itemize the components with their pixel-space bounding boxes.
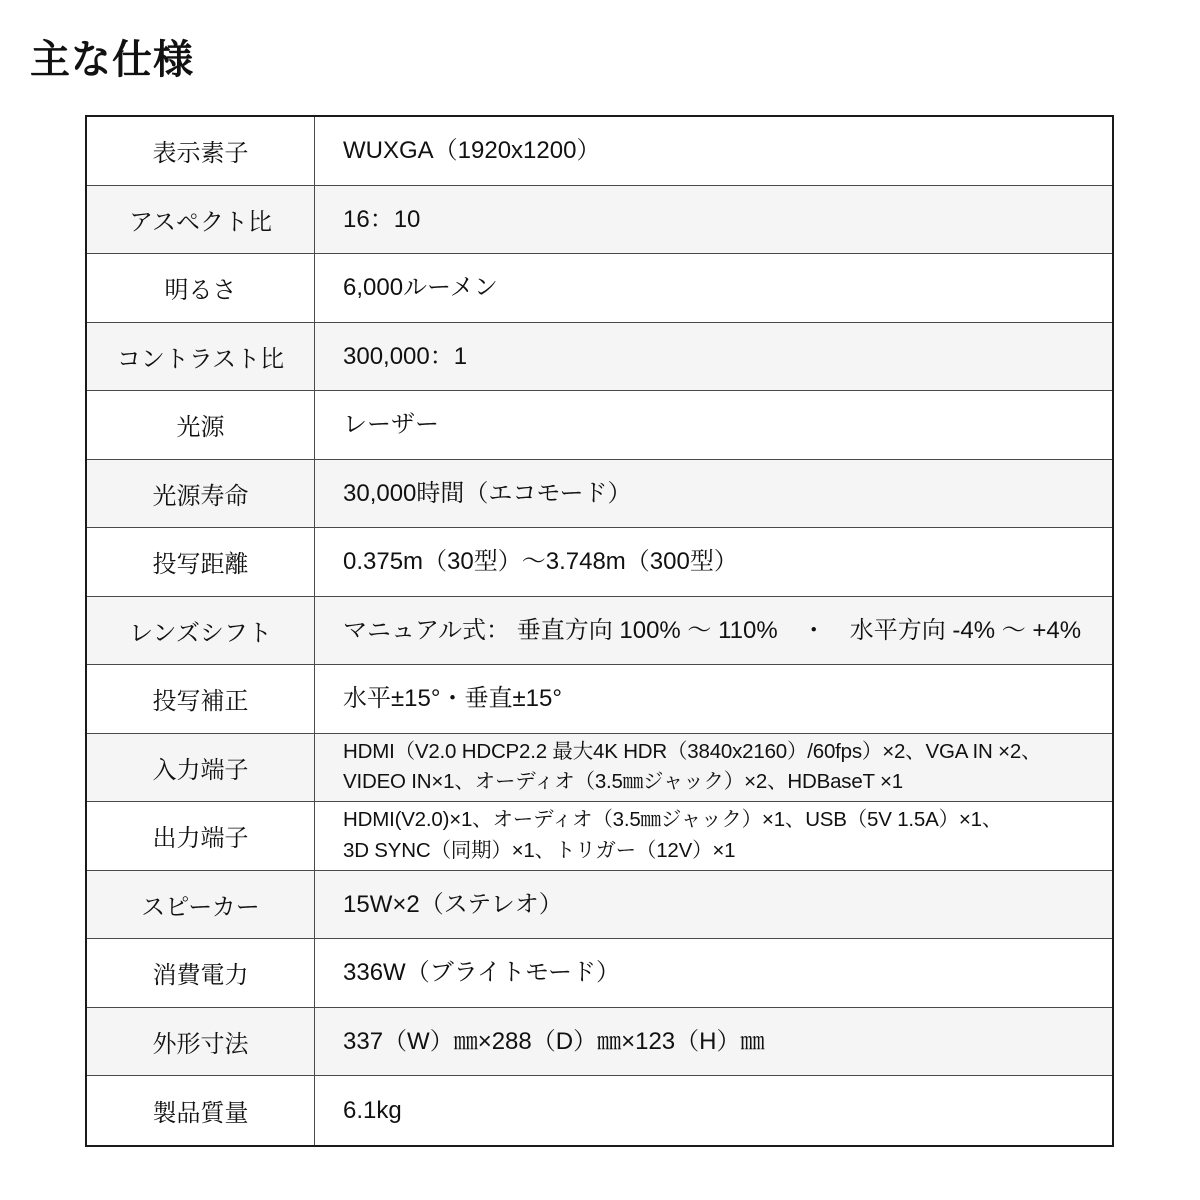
table-row-input-terminals: 入力端子 HDMI（V2.0 HDCP2.2 最大4K HDR（3840x216… — [87, 734, 1112, 803]
spec-value: 16：10 — [315, 186, 1112, 254]
spec-label: 消費電力 — [87, 939, 315, 1007]
table-row-aspect-ratio: アスペクト比 16：10 — [87, 186, 1112, 255]
table-row-weight: 製品質量 6.1kg — [87, 1076, 1112, 1145]
table-row-projection-distance: 投写距離 0.375m（30型）〜3.748m（300型） — [87, 528, 1112, 597]
table-row-output-terminals: 出力端子 HDMI(V2.0)×1、オーディオ（3.5㎜ジャック）×1、USB（… — [87, 802, 1112, 871]
spec-value: WUXGA（1920x1200） — [315, 117, 1112, 185]
spec-label: スピーカー — [87, 871, 315, 939]
spec-value: 336W（ブライトモード） — [315, 939, 1112, 1007]
table-row-speaker: スピーカー 15W×2（ステレオ） — [87, 871, 1112, 940]
spec-table: 表示素子 WUXGA（1920x1200） アスペクト比 16：10 明るさ 6… — [85, 115, 1114, 1147]
spec-value: 6.1kg — [315, 1076, 1112, 1145]
table-row-light-source: 光源 レーザー — [87, 391, 1112, 460]
spec-value: 6,000ルーメン — [315, 254, 1112, 322]
spec-label: 製品質量 — [87, 1076, 315, 1145]
spec-value: 水平±15°・垂直±15° — [315, 665, 1112, 733]
spec-value: レーザー — [315, 391, 1112, 459]
spec-value: マニュアル式： 垂直方向 100% 〜 110% ・ 水平方向 -4% 〜 +4… — [315, 597, 1112, 665]
spec-value: HDMI(V2.0)×1、オーディオ（3.5㎜ジャック）×1、USB（5V 1.… — [315, 802, 1112, 870]
spec-value: 337（W）㎜×288（D）㎜×123（H）㎜ — [315, 1008, 1112, 1076]
table-row-power-consumption: 消費電力 336W（ブライトモード） — [87, 939, 1112, 1008]
table-row-lens-shift: レンズシフト マニュアル式： 垂直方向 100% 〜 110% ・ 水平方向 -… — [87, 597, 1112, 666]
spec-value: 15W×2（ステレオ） — [315, 871, 1112, 939]
table-row-contrast: コントラスト比 300,000：1 — [87, 323, 1112, 392]
spec-value: 30,000時間（エコモード） — [315, 460, 1112, 528]
spec-label: 投写補正 — [87, 665, 315, 733]
spec-label: 投写距離 — [87, 528, 315, 596]
spec-label: 出力端子 — [87, 802, 315, 870]
spec-value: 0.375m（30型）〜3.748m（300型） — [315, 528, 1112, 596]
spec-label: 外形寸法 — [87, 1008, 315, 1076]
table-row-brightness: 明るさ 6,000ルーメン — [87, 254, 1112, 323]
spec-label: アスペクト比 — [87, 186, 315, 254]
table-row-light-source-life: 光源寿命 30,000時間（エコモード） — [87, 460, 1112, 529]
table-row-dimensions: 外形寸法 337（W）㎜×288（D）㎜×123（H）㎜ — [87, 1008, 1112, 1077]
spec-page: 主な仕様 表示素子 WUXGA（1920x1200） アスペクト比 16：10 … — [0, 0, 1200, 1200]
spec-label: 表示素子 — [87, 117, 315, 185]
spec-label: コントラスト比 — [87, 323, 315, 391]
spec-label: 光源 — [87, 391, 315, 459]
table-row-display-device: 表示素子 WUXGA（1920x1200） — [87, 117, 1112, 186]
page-title: 主な仕様 — [30, 40, 194, 80]
spec-label: 光源寿命 — [87, 460, 315, 528]
spec-value: HDMI（V2.0 HDCP2.2 最大4K HDR（3840x2160）/60… — [315, 734, 1112, 802]
spec-label: 明るさ — [87, 254, 315, 322]
spec-label: レンズシフト — [87, 597, 315, 665]
spec-value: 300,000：1 — [315, 323, 1112, 391]
spec-label: 入力端子 — [87, 734, 315, 802]
table-row-keystone-correction: 投写補正 水平±15°・垂直±15° — [87, 665, 1112, 734]
